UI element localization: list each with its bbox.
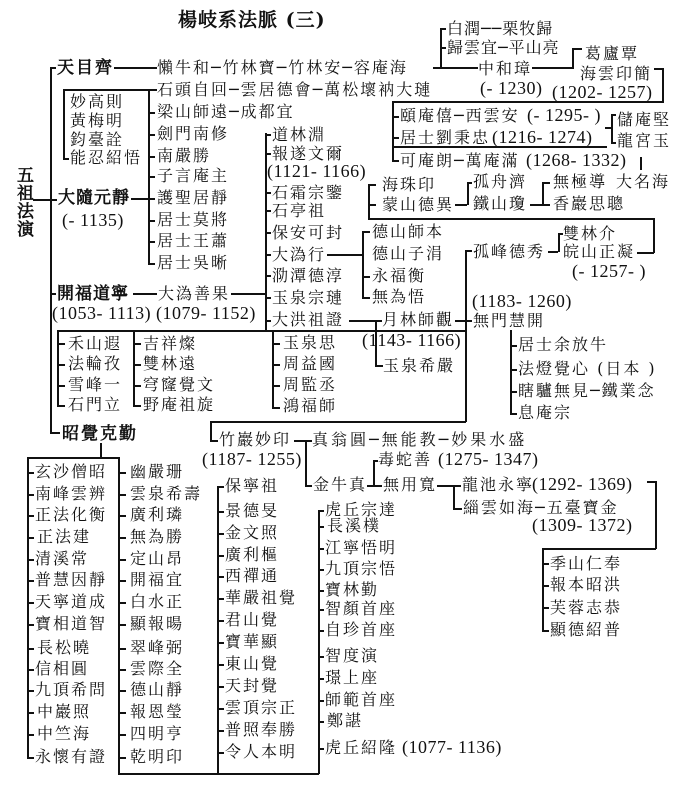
connector-line [217,664,224,666]
lineage-node: 寶華顯 [225,634,279,650]
connector-line [318,678,324,680]
connector-line [27,669,34,671]
connector-line [637,252,654,254]
connector-line [210,421,212,441]
node-dawei: 大溈善果 [158,286,230,302]
connector-line [327,254,362,256]
node-dasui-head: 大隨元靜 [58,190,130,207]
lineage-node: 南峰雲辨 [35,486,107,502]
connector-line [118,537,126,539]
node-wumen-dates: (1183- 1260) [472,292,572,310]
node-baosui-dates: (1121- 1166) [267,162,366,180]
node-zhuyan: 竹巖妙印 [219,432,291,448]
lineage-node: 雲際全 [130,661,184,677]
connector-line [27,515,34,517]
lineage-node: 芙蓉志恭 [550,600,622,616]
node-zhonghe-dates: (- 1230) [480,79,542,97]
lineage-node: 中巖照 [37,704,91,720]
lineage-node: 南嚴勝 [157,148,211,164]
lineage-node: 永懷有證 [35,749,107,765]
connector-line [265,232,271,234]
lineage-node: 天封覺 [225,678,279,694]
connector-line [210,440,218,442]
lineage-node: 德山師本 [372,224,444,240]
lineage-node: 鄭諶 [327,713,363,729]
connector-line [100,443,102,458]
connector-line [467,182,469,205]
node-wanshan-dates: (- 1257- ) [572,262,646,280]
connector-line [133,385,141,387]
node-haiyun: 海雲印簡 [580,66,652,82]
connector-line [542,585,549,587]
connector-line [114,67,157,69]
connector-line [118,494,126,496]
connector-line [318,721,324,723]
connector-line [217,642,224,644]
connector-line [217,686,224,688]
node-liu: 居士劉秉忠 [400,130,490,146]
connector-line [272,330,274,408]
connector-line [27,537,34,539]
connector-line [272,364,280,366]
connector-line [210,421,466,423]
connector-line [318,656,324,658]
node-liu-dates: (1216- 1274) [492,128,592,146]
connector-line [50,67,56,69]
lineage-node: 劍門南修 [157,126,229,142]
connector-line [27,494,34,496]
lineage-node: 法輪孜 [68,356,122,372]
connector-line [118,773,319,775]
connector-line [542,182,550,184]
lineage-node: 季山仁奉 [550,556,622,572]
connector-line [510,413,517,415]
connector-line [362,231,364,298]
node-yuelin-dates: (1143- 1166) [362,331,461,349]
connector-line [653,218,655,253]
connector-line [217,533,224,535]
connector-line [368,218,654,220]
lineage-node: 石亭祖 [272,203,326,219]
connector-line [530,204,550,206]
connector-line [265,297,271,299]
connector-line [318,609,324,611]
node-wumen: 無門慧開 [473,313,545,329]
lineage-node: 報遂文爾 [272,146,344,162]
node-yuelin: 月林師觀 [382,312,454,328]
root-node: 五祖法演 [14,166,31,238]
connector-line [118,669,126,671]
connector-line [440,47,446,49]
node-bairun: 白潤──栗牧歸 [447,21,553,37]
connector-line [392,101,394,161]
connector-line [217,752,224,754]
connector-line [318,510,324,512]
lineage-node: 智度演 [325,648,379,664]
connector-line [318,630,324,632]
connector-line [217,486,224,488]
lineage-node: 廣利樞 [225,547,279,563]
connector-line [265,254,271,256]
connector-line [542,607,549,609]
connector-line [611,114,613,143]
lineage-node: 東山覺 [225,656,279,672]
lineage-node: 自珍首座 [325,622,397,638]
lineage-node: 能忍紹悟 [70,150,142,166]
connector-line [392,137,399,139]
connector-line [318,548,324,550]
node-dawei-dates: (1079- 1152) [156,304,256,322]
lineage-node: 石霜宗鑒 [272,185,344,201]
node-tianmu-head: 天目齊 [57,60,114,77]
connector-line [265,210,271,212]
connector-line [217,511,224,513]
lineage-node: 華嚴祖覺 [225,590,297,606]
connector-line [27,757,34,759]
connector-line [27,472,34,474]
connector-line [133,343,141,345]
lineage-node: 護聖居靜 [157,190,229,206]
lineage-node: 君山覺 [225,612,279,628]
node-zhonghe: 中和璋 [478,61,532,77]
lineage-node: 九頂宗悟 [325,561,397,577]
node-kaifu-dates: (1053- 1113) [52,304,151,322]
node-dushe-dates: (1275- 1347) [438,450,538,468]
connector-line [362,297,370,299]
lineage-node: 報恩瑩 [130,704,184,720]
node-kaifu-head: 開福道寧 [57,286,129,303]
connector-line [362,276,370,278]
lineage-node: 正法化衡 [35,507,107,523]
connector-line [294,440,312,442]
connector-line [368,204,376,206]
node-gufeng: 孤峰德秀 [473,244,545,260]
connector-line [362,231,370,233]
connector-line [640,157,642,170]
connector-line [572,48,582,50]
connector-line [148,241,155,243]
lineage-node: 黃梅明 [70,113,124,129]
node-longgong: 龍宮玉 [617,133,671,149]
connector-line [542,548,656,550]
lineage-node: 金文照 [225,525,279,541]
lineage-node: 瞎驢無見─鐵業念 [518,383,656,399]
connector-line [305,485,312,487]
lineage-node: 智顏首座 [325,601,397,617]
connector-line [148,176,155,178]
connector-line [27,690,34,692]
lineage-node: 玄沙僧昭 [35,464,107,480]
lineage-node: 穹窿覺文 [143,377,215,393]
connector-line [217,598,224,600]
connector-line [133,405,141,407]
connector-line [118,757,126,759]
lineage-node: 九頂希問 [35,682,107,698]
connector-line [542,182,544,205]
connector-line [305,440,307,486]
lineage-node: 長溪樸 [327,518,381,534]
connector-line [217,620,224,622]
connector-line [217,708,224,710]
lineage-node: 周監丞 [283,377,337,393]
connector-line [133,330,135,406]
connector-line [148,156,155,158]
lineage-node: 寶相道智 [35,616,107,632]
node-dushe: 毒蛇善 [378,452,432,468]
connector-line [265,153,271,155]
lineage-node: 大洪祖證 [272,312,344,328]
node-zhuyan-dates: (1187- 1255) [202,450,302,468]
connector-line [118,580,126,582]
connector-line [118,734,126,736]
connector-line [572,48,574,69]
lineage-node: 西禪通 [225,568,279,584]
connector-line [455,320,472,322]
lineage-node: 虎丘紹隆 [325,740,397,756]
connector-line [133,364,141,366]
connector-line [133,293,157,295]
connector-line [373,460,375,486]
lineage-node: 清溪常 [35,551,89,567]
lineage-node: 泐潭德淳 [272,268,344,284]
chart-title: 楊岐系法脈 (三) [178,10,326,30]
connector-line [542,548,544,631]
lineage-node: 吉祥燦 [143,336,197,352]
node-tieshan: 鐵山瓊 [473,196,527,212]
connector-line [532,67,573,69]
connector-line [392,116,399,118]
node-wanshan: 皖山正凝 [563,244,635,260]
node-yuquan-xiyan: 玉泉希嚴 [383,358,455,374]
connector-line [50,432,60,434]
connector-line [27,648,34,650]
connector-line [118,602,126,604]
connector-line [27,734,34,736]
lineage-node: 無為悟 [372,289,426,305]
lineage-node: 德山子涓 [372,246,444,262]
connector-line [558,233,560,252]
lineage-node: 寶林勤 [325,582,379,598]
lineage-node: 玉泉宗璉 [272,290,344,306]
connector-line [318,748,324,750]
connector-line [510,391,517,393]
connector-line [63,89,65,159]
connector-line [272,343,280,345]
connector-line [148,134,155,136]
node-zhaojue-head: 昭覺克勤 [62,426,138,443]
lineage-node: 普照奉勝 [225,722,297,738]
node-kean: 可庵朗─萬庵滿 [400,153,520,169]
connector-line [467,182,472,184]
lineage-node: 雲泉希壽 [130,486,202,502]
lineage-node: 顯報暘 [130,616,184,632]
connector-line [318,569,324,571]
connector-line [148,220,155,222]
node-yian-dates: (- 1295- ) [527,106,601,124]
node-haizhu: 海珠印 [382,177,436,193]
lineage-node: 天寧道成 [35,594,107,610]
connector-line [118,559,126,561]
connector-line [318,510,320,774]
node-mengshan: 蒙山德異 [382,197,454,213]
node-zhuyan-chain: 真翁圓─無能教─妙果水盛 [312,432,527,448]
node-guiyun: 歸雲宜─平山亮 [447,40,560,56]
connector-line [27,602,34,604]
lineage-node: 雲頂宗正 [225,700,297,716]
node-shuanglin: 雙林介 [563,226,617,242]
connector-line [440,28,446,30]
connector-line [118,712,126,714]
connector-line [265,275,271,277]
connector-line [148,263,155,265]
lineage-node: 定山昂 [130,551,184,567]
connector-line [57,385,65,387]
trunk-line [50,67,52,433]
lineage-node: 保安可封 [272,225,344,241]
lineage-node: 開福宜 [130,572,184,588]
connector-line [118,472,126,474]
connector-line [57,343,65,345]
connector-line [318,526,324,528]
lineage-node: 梁山師遠─成都宜 [157,104,295,120]
connector-line [131,198,155,200]
node-daming: 大名海 [616,174,670,190]
node-chuan: 儲庵堅 [617,112,671,128]
connector-line [367,485,382,487]
node-longchi-dates: (1292- 1369) [532,475,632,493]
connector-line [272,407,280,409]
connector-line [655,481,657,549]
connector-line [27,457,119,459]
connector-line [510,330,512,414]
lineage-node: 正法建 [37,529,91,545]
lineage-node: 四明亨 [130,726,184,742]
connector-line [118,515,126,517]
lineage-node: 信相圓 [35,661,89,677]
node-dasui-dates: (- 1135) [62,211,124,229]
connector-line [231,293,265,295]
lineage-node: 顯德紹普 [550,622,622,638]
connector-line [392,146,607,148]
connector-line [392,101,664,103]
lineage-node: 白水正 [130,594,184,610]
connector-line [148,112,155,114]
lineage-node: 璟上座 [325,670,379,686]
connector-line [265,192,271,194]
connector-line [57,364,65,366]
lineage-node: 雪峰一 [68,377,122,393]
connector-line [368,184,376,186]
lineage-node: 石頭自回─雲居德會─萬松壞衲大璉 [157,82,432,98]
lineage-chart: 楊岐系法脈 (三) 五祖法演 天目齊 懶牛和─竹林寶─竹林安─容庵海 白潤──栗… [0,0,687,804]
connector-line [368,184,370,219]
connector-line [265,134,271,136]
connector-line [605,127,611,129]
connector-line [63,89,157,91]
node-tianmu-chain: 懶牛和─竹林寶─竹林安─容庵海 [157,60,408,76]
connector-line [27,712,34,714]
lineage-node: 德山靜 [130,682,184,698]
connector-line [118,648,126,650]
connector-line [510,369,517,371]
connector-line [217,555,224,557]
lineage-node: 鴻福師 [283,398,337,414]
node-shaolong-dates: (1077- 1136) [402,738,502,756]
connector-line [465,250,467,422]
lineage-node: 居士余放牛 [518,337,608,353]
node-xiangyan: 香巖思聰 [553,196,625,212]
connector-line [118,690,126,692]
connector-line [118,624,126,626]
lineage-node: 永福衡 [372,268,426,284]
connector-line [375,365,383,367]
connector-line [57,330,466,332]
connector-line [437,485,461,487]
connector-line [27,559,34,561]
lineage-node: 道林淵 [272,127,326,143]
lineage-node: 翠峰弼 [130,640,184,656]
connector-line [265,320,271,322]
connector-line [548,251,558,253]
lineage-node: 玉泉思 [283,335,337,351]
connector-line [662,68,664,102]
lineage-node: 居士莫將 [157,212,229,228]
lineage-node: 石門立 [68,397,122,413]
lineage-node: 妙高則 [70,94,124,110]
node-wuji: 無極導 [553,174,607,190]
lineage-node: 師範首座 [325,692,397,708]
connector-line [611,114,616,116]
lineage-node: 令人本明 [225,744,297,760]
connector-line [33,199,57,201]
connector-line [510,345,517,347]
lineage-node: 普慧因靜 [35,572,107,588]
connector-line [465,250,472,252]
node-jinniu: 金牛真 [313,477,367,493]
connector-line [318,590,324,592]
node-ziyun: 緇雲如海─五臺寶金 [463,500,619,516]
node-haiyun-dates: (1202- 1257) [552,83,652,101]
connector-line [542,563,549,565]
lineage-node: 報本昭洪 [550,577,622,593]
lineage-node: 周益國 [283,356,337,372]
connector-line [611,142,616,144]
lineage-node: 幽嚴珊 [130,464,184,480]
lineage-node: 乾明印 [130,749,184,765]
connector-line [118,457,120,774]
lineage-node: 中竺海 [37,726,91,742]
connector-line [455,204,467,206]
lineage-node: 大溈行 [272,247,326,263]
connector-line [272,385,280,387]
node-guzhou: 孤舟濟 [473,174,527,190]
connector-line [453,508,462,510]
node-yian: 頤庵僖─西雲安 [400,108,520,124]
connector-line [57,405,65,407]
lineage-node: 廣利璘 [130,507,184,523]
lineage-node: 子言庵主 [157,168,229,184]
node-kean-dates: (1268- 1332) [526,151,626,169]
node-gelu: 葛廬覃 [585,46,639,62]
lineage-node: 居士王蕭 [157,233,229,249]
node-wuyong: 無用寬 [383,477,437,493]
connector-line [542,630,549,632]
connector-line [217,576,224,578]
connector-line [453,485,455,509]
lineage-node: 景德旻 [225,503,279,519]
connector-line [318,700,324,702]
lineage-node: 鈞臺詮 [70,132,124,148]
